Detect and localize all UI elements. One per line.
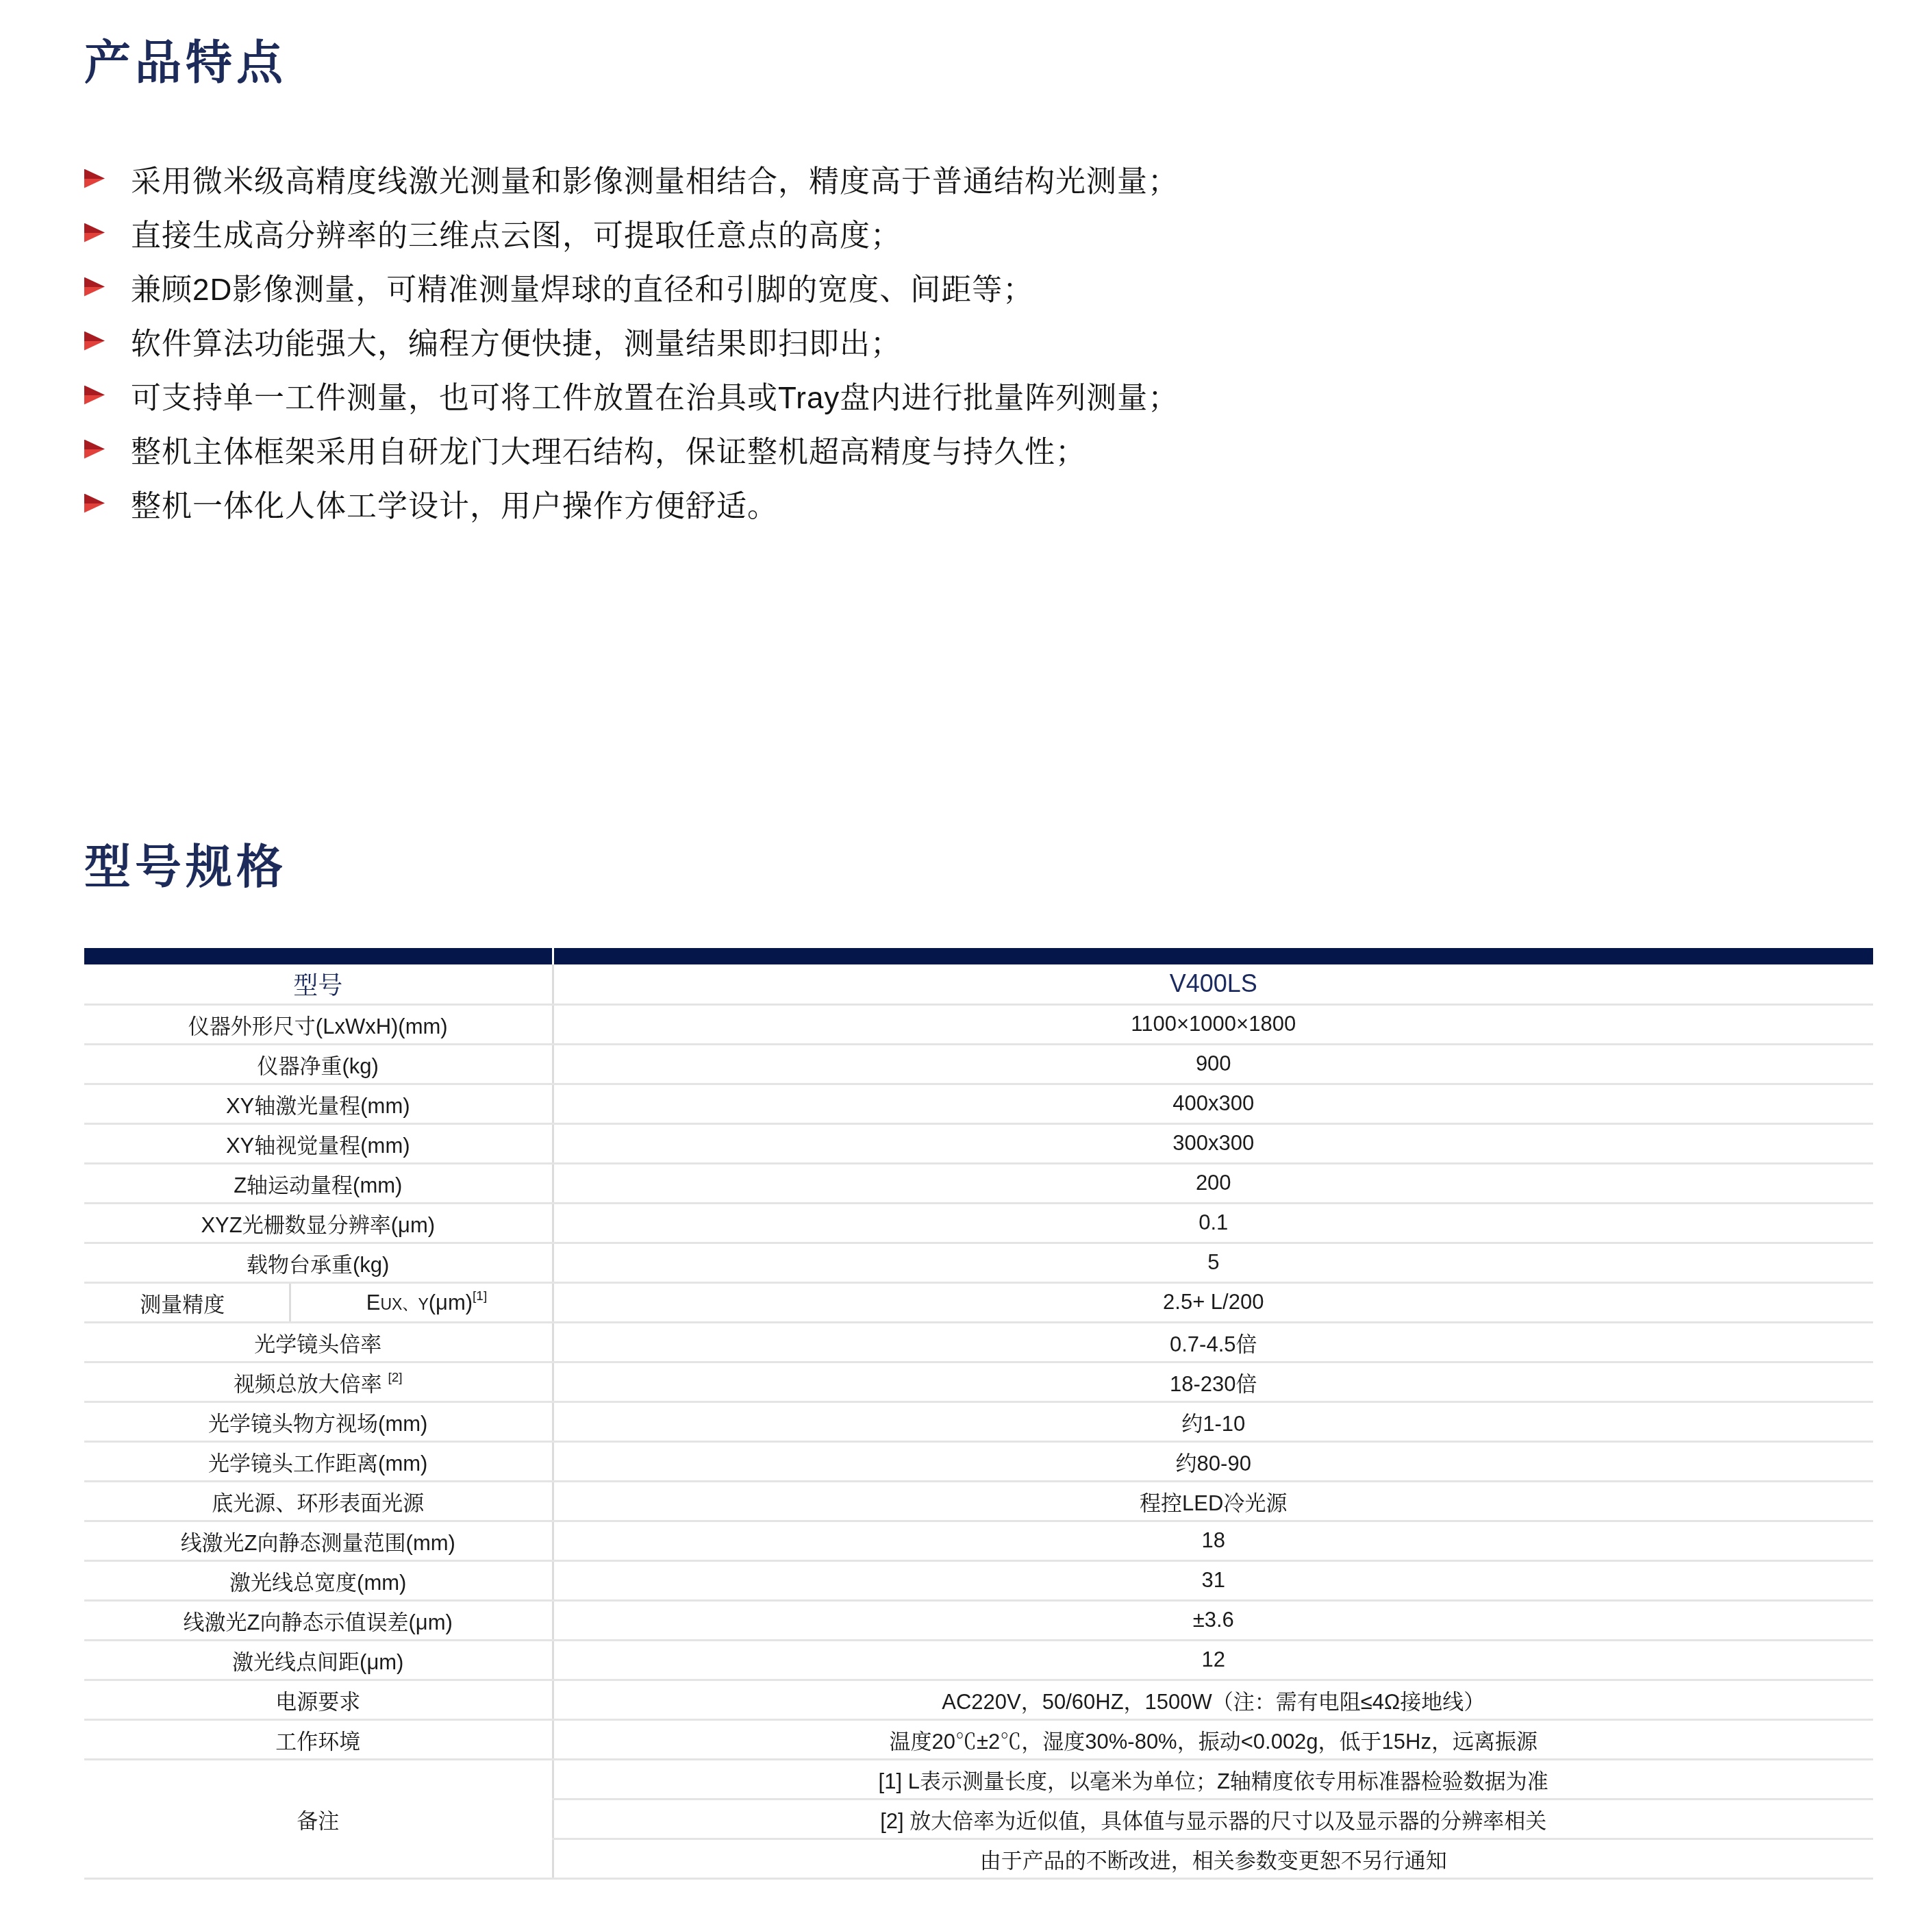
spec-value: 400x300 xyxy=(553,1084,1873,1123)
spec-label-text: 视频总放大倍率 xyxy=(234,1372,388,1396)
spec-value: 18 xyxy=(553,1521,1873,1560)
spec-row: 线激光Z向静态测量范围(mm)18 xyxy=(84,1521,1873,1560)
sublabel-unit: (μm) xyxy=(429,1291,473,1315)
spec-value: 2.5+ L/200 xyxy=(553,1282,1873,1322)
header-bar-right-cell xyxy=(553,948,1873,964)
spec-value: ±3.6 xyxy=(553,1600,1873,1640)
spec-label: 视频总放大倍率 [2] xyxy=(84,1362,553,1401)
spec-table: 型号V400LS仪器外形尺寸(LxWxH)(mm)1100×1000×1800仪… xyxy=(84,948,1873,1880)
feature-item: 整机一体化人体工学设计，用户操作方便舒适。 xyxy=(84,476,1932,530)
feature-item: 直接生成高分辨率的三维点云图，可提取任意点的高度； xyxy=(84,205,1932,260)
spec-label: 光学镜头工作距离(mm) xyxy=(84,1441,553,1481)
spec-label: XY轴激光量程(mm) xyxy=(84,1084,553,1123)
spec-label: 仪器净重(kg) xyxy=(84,1044,553,1084)
feature-item: 兼顾2D影像测量，可精准测量焊球的直径和引脚的宽度、间距等； xyxy=(84,260,1932,314)
spec-value: 程控LED冷光源 xyxy=(553,1481,1873,1521)
spec-label: 激光线点间距(μm) xyxy=(84,1640,553,1680)
spec-value: 900 xyxy=(553,1044,1873,1084)
spec-value: 300x300 xyxy=(553,1123,1873,1163)
spec-row: XYZ光栅数显分辨率(μm)0.1 xyxy=(84,1203,1873,1243)
spec-row: Z轴运动量程(mm)200 xyxy=(84,1163,1873,1203)
spec-label: 型号 xyxy=(84,964,553,1004)
spec-label: 线激光Z向静态测量范围(mm) xyxy=(84,1521,553,1560)
bullet-triangle-icon xyxy=(84,277,105,297)
spec-value: 0.1 xyxy=(553,1203,1873,1243)
spec-label: 光学镜头倍率 xyxy=(84,1322,553,1362)
feature-text: 采用微米级高精度线激光测量和影像测量相结合，精度高于普通结构光测量； xyxy=(131,157,1179,201)
spec-label: 电源要求 xyxy=(84,1680,553,1719)
spec-row: 载物台承重(kg)5 xyxy=(84,1243,1873,1282)
table-header-bar xyxy=(84,948,1873,964)
feature-item: 软件算法功能强大，编程方便快捷，测量结果即扫即出； xyxy=(84,314,1932,368)
sublabel-axis: Y xyxy=(418,1295,428,1313)
spec-value: 约80-90 xyxy=(553,1441,1873,1481)
spec-label: 激光线总宽度(mm) xyxy=(84,1560,553,1600)
feature-item: 可支持单一工件测量，也可将工件放置在治具或Tray盘内进行批量阵列测量； xyxy=(84,368,1932,422)
feature-text: 兼顾2D影像测量，可精准测量焊球的直径和引脚的宽度、间距等； xyxy=(131,265,1033,309)
spec-row: 光学镜头倍率0.7-4.5倍 xyxy=(84,1322,1873,1362)
bullet-triangle-icon xyxy=(84,494,105,513)
spec-row: 测量精度EUX、Y(μm)[1]2.5+ L/200 xyxy=(84,1282,1873,1322)
sublabel-axis: UX xyxy=(380,1295,402,1313)
spec-row: 光学镜头物方视场(mm)约1-10 xyxy=(84,1401,1873,1441)
spec-value: 31 xyxy=(553,1560,1873,1600)
spec-label: 光学镜头物方视场(mm) xyxy=(84,1401,553,1441)
spec-row: 底光源、环形表面光源程控LED冷光源 xyxy=(84,1481,1873,1521)
feature-text: 整机主体框架采用自研龙门大理石结构，保证整机超高精度与持久性； xyxy=(131,427,1086,471)
feature-item: 整机主体框架采用自研龙门大理石结构，保证整机超高精度与持久性； xyxy=(84,422,1932,476)
spec-row: 备注[1] L表示测量长度，以毫米为单位；Z轴精度依专用标准器检验数据为准 xyxy=(84,1759,1873,1799)
bullet-triangle-icon xyxy=(84,223,105,242)
feature-text: 整机一体化人体工学设计，用户操作方便舒适。 xyxy=(131,482,778,525)
note-value: [1] L表示测量长度，以毫米为单位；Z轴精度依专用标准器检验数据为准 xyxy=(553,1759,1873,1799)
feature-text: 直接生成高分辨率的三维点云图，可提取任意点的高度； xyxy=(131,211,901,255)
note-value: [2] 放大倍率为近似值，具体值与显示器的尺寸以及显示器的分辨率相关 xyxy=(553,1799,1873,1839)
specs-section-title: 型号规格 xyxy=(84,844,1932,890)
spec-row: 电源要求AC220V，50/60HZ，1500W（注：需有电阻≤4Ω接地线） xyxy=(84,1680,1873,1719)
spec-value: 约1-10 xyxy=(553,1401,1873,1441)
spec-value: 12 xyxy=(553,1640,1873,1680)
spec-label: 线激光Z向静态示值误差(μm) xyxy=(84,1600,553,1640)
spec-value: 1100×1000×1800 xyxy=(553,1004,1873,1044)
note-value: 由于产品的不断改进，相关参数变更恕不另行通知 xyxy=(553,1839,1873,1878)
product-spec-page: 产品特点 采用微米级高精度线激光测量和影像测量相结合，精度高于普通结构光测量；直… xyxy=(0,0,1932,1880)
spec-row: XY轴激光量程(mm)400x300 xyxy=(84,1084,1873,1123)
spec-row: 激光线点间距(μm)12 xyxy=(84,1640,1873,1680)
spec-label: 载物台承重(kg) xyxy=(84,1243,553,1282)
sublabel-lead: E xyxy=(366,1291,381,1315)
spec-value: 18-230倍 xyxy=(553,1362,1873,1401)
spec-label: 测量精度 xyxy=(84,1282,290,1322)
spec-label: 底光源、环形表面光源 xyxy=(84,1481,553,1521)
spec-row: 工作环境温度20℃±2℃，湿度30%-80%，振动<0.002g，低于15Hz，… xyxy=(84,1719,1873,1759)
spec-label: 工作环境 xyxy=(84,1719,553,1759)
sublabel-separator: 、 xyxy=(402,1295,418,1313)
spec-row: 光学镜头工作距离(mm)约80-90 xyxy=(84,1441,1873,1481)
feature-text: 软件算法功能强大，编程方便快捷，测量结果即扫即出； xyxy=(131,319,901,363)
header-bar-left-cell xyxy=(84,948,553,964)
spec-row: 型号V400LS xyxy=(84,964,1873,1004)
spec-value: 5 xyxy=(553,1243,1873,1282)
spec-value: 200 xyxy=(553,1163,1873,1203)
spec-value: 0.7-4.5倍 xyxy=(553,1322,1873,1362)
bullet-triangle-icon xyxy=(84,386,105,405)
spec-label: XY轴视觉量程(mm) xyxy=(84,1123,553,1163)
feature-item: 采用微米级高精度线激光测量和影像测量相结合，精度高于普通结构光测量； xyxy=(84,151,1932,205)
spec-table-body: 型号V400LS仪器外形尺寸(LxWxH)(mm)1100×1000×1800仪… xyxy=(84,964,1873,1878)
spec-label: 仪器外形尺寸(LxWxH)(mm) xyxy=(84,1004,553,1044)
spec-value: AC220V，50/60HZ，1500W（注：需有电阻≤4Ω接地线） xyxy=(553,1680,1873,1719)
bullet-triangle-icon xyxy=(84,332,105,351)
footnote-marker: [2] xyxy=(388,1371,403,1385)
features-list: 采用微米级高精度线激光测量和影像测量相结合，精度高于普通结构光测量；直接生成高分… xyxy=(84,151,1932,530)
spec-value: V400LS xyxy=(553,964,1873,1004)
spec-row: 线激光Z向静态示值误差(μm)±3.6 xyxy=(84,1600,1873,1640)
spec-sublabel: EUX、Y(μm)[1] xyxy=(290,1282,553,1322)
spec-value: 温度20℃±2℃，湿度30%-80%，振动<0.002g，低于15Hz，远离振源 xyxy=(553,1719,1873,1759)
notes-label: 备注 xyxy=(84,1759,553,1878)
bullet-triangle-icon xyxy=(84,169,105,188)
bullet-triangle-icon xyxy=(84,440,105,459)
spec-row: XY轴视觉量程(mm)300x300 xyxy=(84,1123,1873,1163)
spec-label: Z轴运动量程(mm) xyxy=(84,1163,553,1203)
spec-row: 仪器净重(kg)900 xyxy=(84,1044,1873,1084)
spec-row: 激光线总宽度(mm)31 xyxy=(84,1560,1873,1600)
footnote-marker: [1] xyxy=(473,1289,487,1304)
spec-row: 仪器外形尺寸(LxWxH)(mm)1100×1000×1800 xyxy=(84,1004,1873,1044)
feature-text: 可支持单一工件测量，也可将工件放置在治具或Tray盘内进行批量阵列测量； xyxy=(131,373,1179,417)
spec-label: XYZ光栅数显分辨率(μm) xyxy=(84,1203,553,1243)
features-section-title: 产品特点 xyxy=(84,40,1932,86)
spec-row: 视频总放大倍率 [2]18-230倍 xyxy=(84,1362,1873,1401)
